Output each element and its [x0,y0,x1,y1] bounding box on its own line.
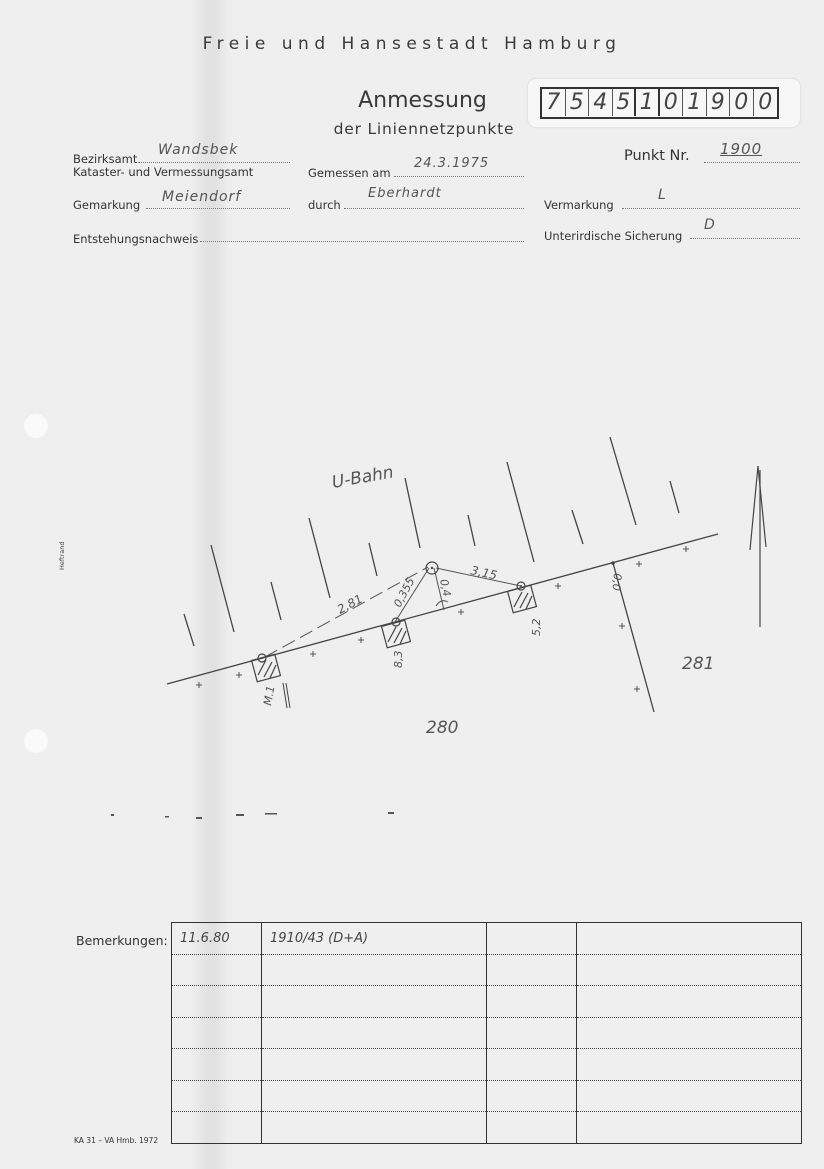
remarks-row [172,1049,802,1081]
remarks-row [172,954,802,986]
scan-specks [111,812,394,819]
remarks-cell[interactable] [577,923,802,955]
remarks-cell[interactable] [262,954,487,986]
track-ticks [184,437,679,646]
remarks-row [172,1017,802,1049]
remarks-cell[interactable] [487,1017,577,1049]
remarks-cell[interactable] [172,1017,262,1049]
remarks-cell[interactable] [577,1080,802,1112]
remarks-cell[interactable] [172,954,262,986]
remarks-cell[interactable] [577,1112,802,1144]
measurement-lines [265,567,521,657]
remarks-cell[interactable] [487,1049,577,1081]
remarks-cell[interactable] [487,1112,577,1144]
parcel-left: 280 [426,718,458,738]
distance-d1: 2,81 [335,592,365,617]
form-code: KA 31 – VA Hmb. 1972 [74,1136,158,1145]
m1-underline [283,683,290,708]
remarks-cell[interactable]: 11.6.80 [172,923,262,955]
remarks-cell[interactable] [262,1017,487,1049]
measure-m3: 5,2 [530,619,543,637]
remarks-cell[interactable] [262,1049,487,1081]
remarks-label: Bemerkungen: [76,933,168,948]
remarks-cell[interactable] [262,1080,487,1112]
measure-m2: 8,3 [392,651,405,669]
parcel-crosses [196,546,689,692]
remarks-row: 11.6.801910/43 (D+A) [172,923,802,955]
boundary-lines [167,534,718,712]
remarks-row [172,986,802,1018]
remarks-cell[interactable] [172,1080,262,1112]
remarks-row [172,1112,802,1144]
remarks-cell[interactable] [172,986,262,1018]
remarks-cell[interactable] [487,1080,577,1112]
remarks-cell[interactable] [577,1017,802,1049]
remarks-cell[interactable] [172,1112,262,1144]
distance-d3: 0,4 [437,578,453,598]
north-arrow-icon [750,466,766,627]
distance-d4: 3,15 [469,563,498,582]
measure-m4: 0,0 [609,573,623,592]
remarks-cell[interactable] [577,954,802,986]
remarks-cell[interactable] [487,923,577,955]
parcel-right: 281 [682,654,714,674]
measure-m1: M.1 [261,685,277,707]
remarks-cell[interactable] [577,986,802,1018]
remarks-cell[interactable] [172,1049,262,1081]
remarks-row [172,1080,802,1112]
remarks-cell[interactable]: 1910/43 (D+A) [262,923,487,955]
railway-label: U-Bahn [330,462,395,493]
remarks-cell[interactable] [262,1112,487,1144]
remarks-table: 11.6.801910/43 (D+A) [171,922,802,1144]
remarks-cell[interactable] [577,1049,802,1081]
remarks-cell[interactable] [262,986,487,1018]
remarks-cell[interactable] [487,954,577,986]
remarks-cell[interactable] [487,986,577,1018]
